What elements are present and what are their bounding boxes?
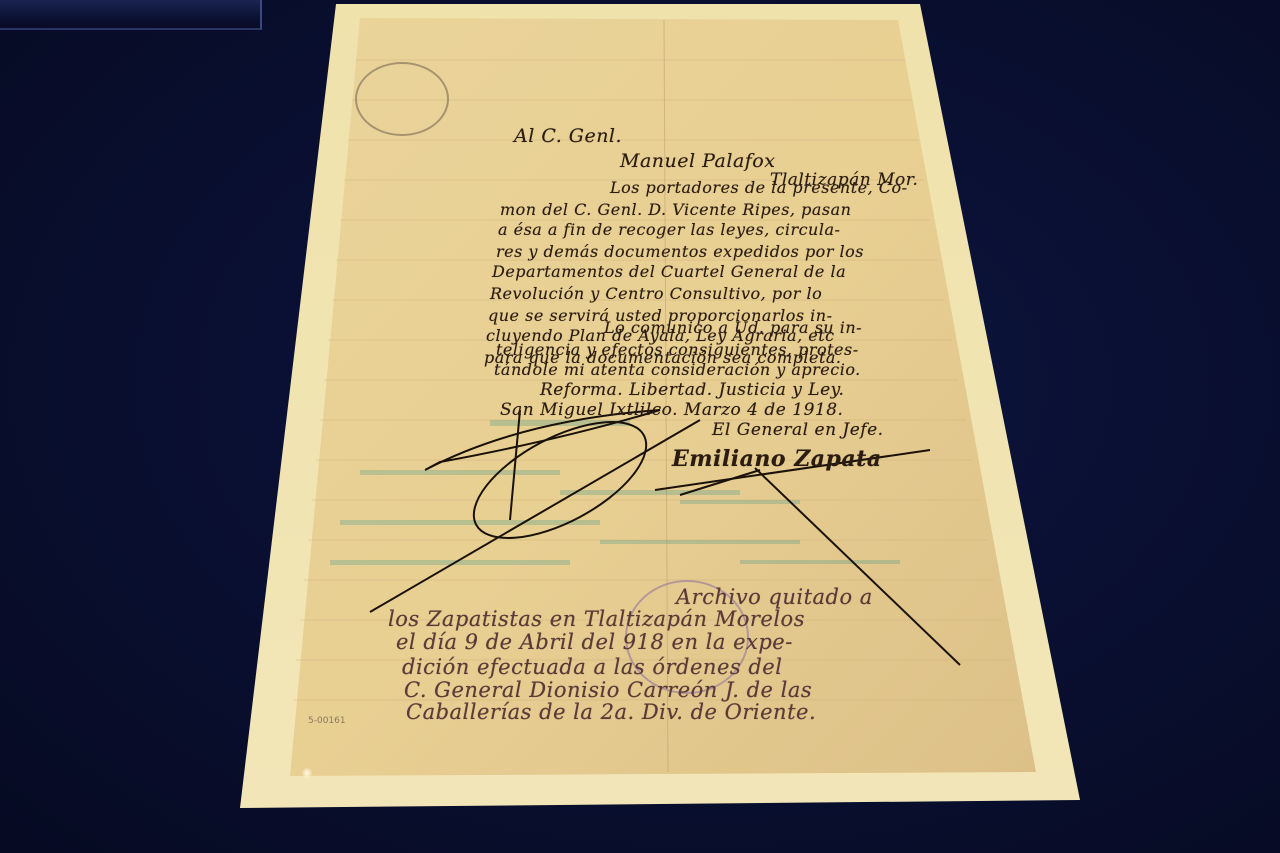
closing: El General en Jefe.: [712, 420, 884, 440]
annotation-line: los Zapatistas en Tlaltizapán Morelos: [388, 607, 805, 631]
date-line: San Miguel Ixtlilco. Marzo 4 de 1918.: [500, 400, 843, 420]
light-glare: [302, 768, 312, 778]
body-line: Los portadores de la presente, Co-: [610, 178, 908, 197]
mat-and-paper: [0, 0, 1280, 853]
body-line: res y demás documentos expedidos por los: [496, 242, 864, 261]
body-line: Lo comunico a Ud. para su in-: [604, 318, 862, 337]
body-line: Departamentos del Cuartel General de la: [492, 262, 846, 281]
body-line: teligencia y efectos consiguientes, prot…: [496, 340, 859, 359]
motto: Reforma. Libertad. Justicia y Ley.: [540, 380, 844, 400]
catalog-mark: 5-00161: [308, 716, 346, 726]
annotation-line: Archivo quitado a: [676, 585, 873, 609]
addressee: Manuel Palafox: [620, 150, 775, 172]
salutation: Al C. Genl.: [514, 125, 622, 147]
signature: Emiliano Zapata: [672, 446, 882, 472]
body-line: Revolución y Centro Consultivo, por lo: [490, 284, 822, 303]
body-line: mon del C. Genl. D. Vicente Ripes, pasan: [500, 200, 851, 219]
archive-stamp: [355, 62, 449, 136]
annotation-line: dición efectuada a las órdenes del: [402, 655, 782, 679]
annotation-line: el día 9 de Abril del 918 en la expe-: [396, 630, 793, 654]
annotation-line: Caballerías de la 2a. Div. de Oriente.: [406, 700, 816, 724]
document-display: Al C. Genl. Manuel Palafox Tlaltizapán M…: [0, 0, 1280, 853]
annotation-line: C. General Dionisio Carreón J. de las: [404, 678, 812, 702]
body-line: a ésa a fin de recoger las leyes, circul…: [498, 220, 840, 239]
body-line: tándole mi atenta consideración y apreci…: [494, 360, 861, 379]
